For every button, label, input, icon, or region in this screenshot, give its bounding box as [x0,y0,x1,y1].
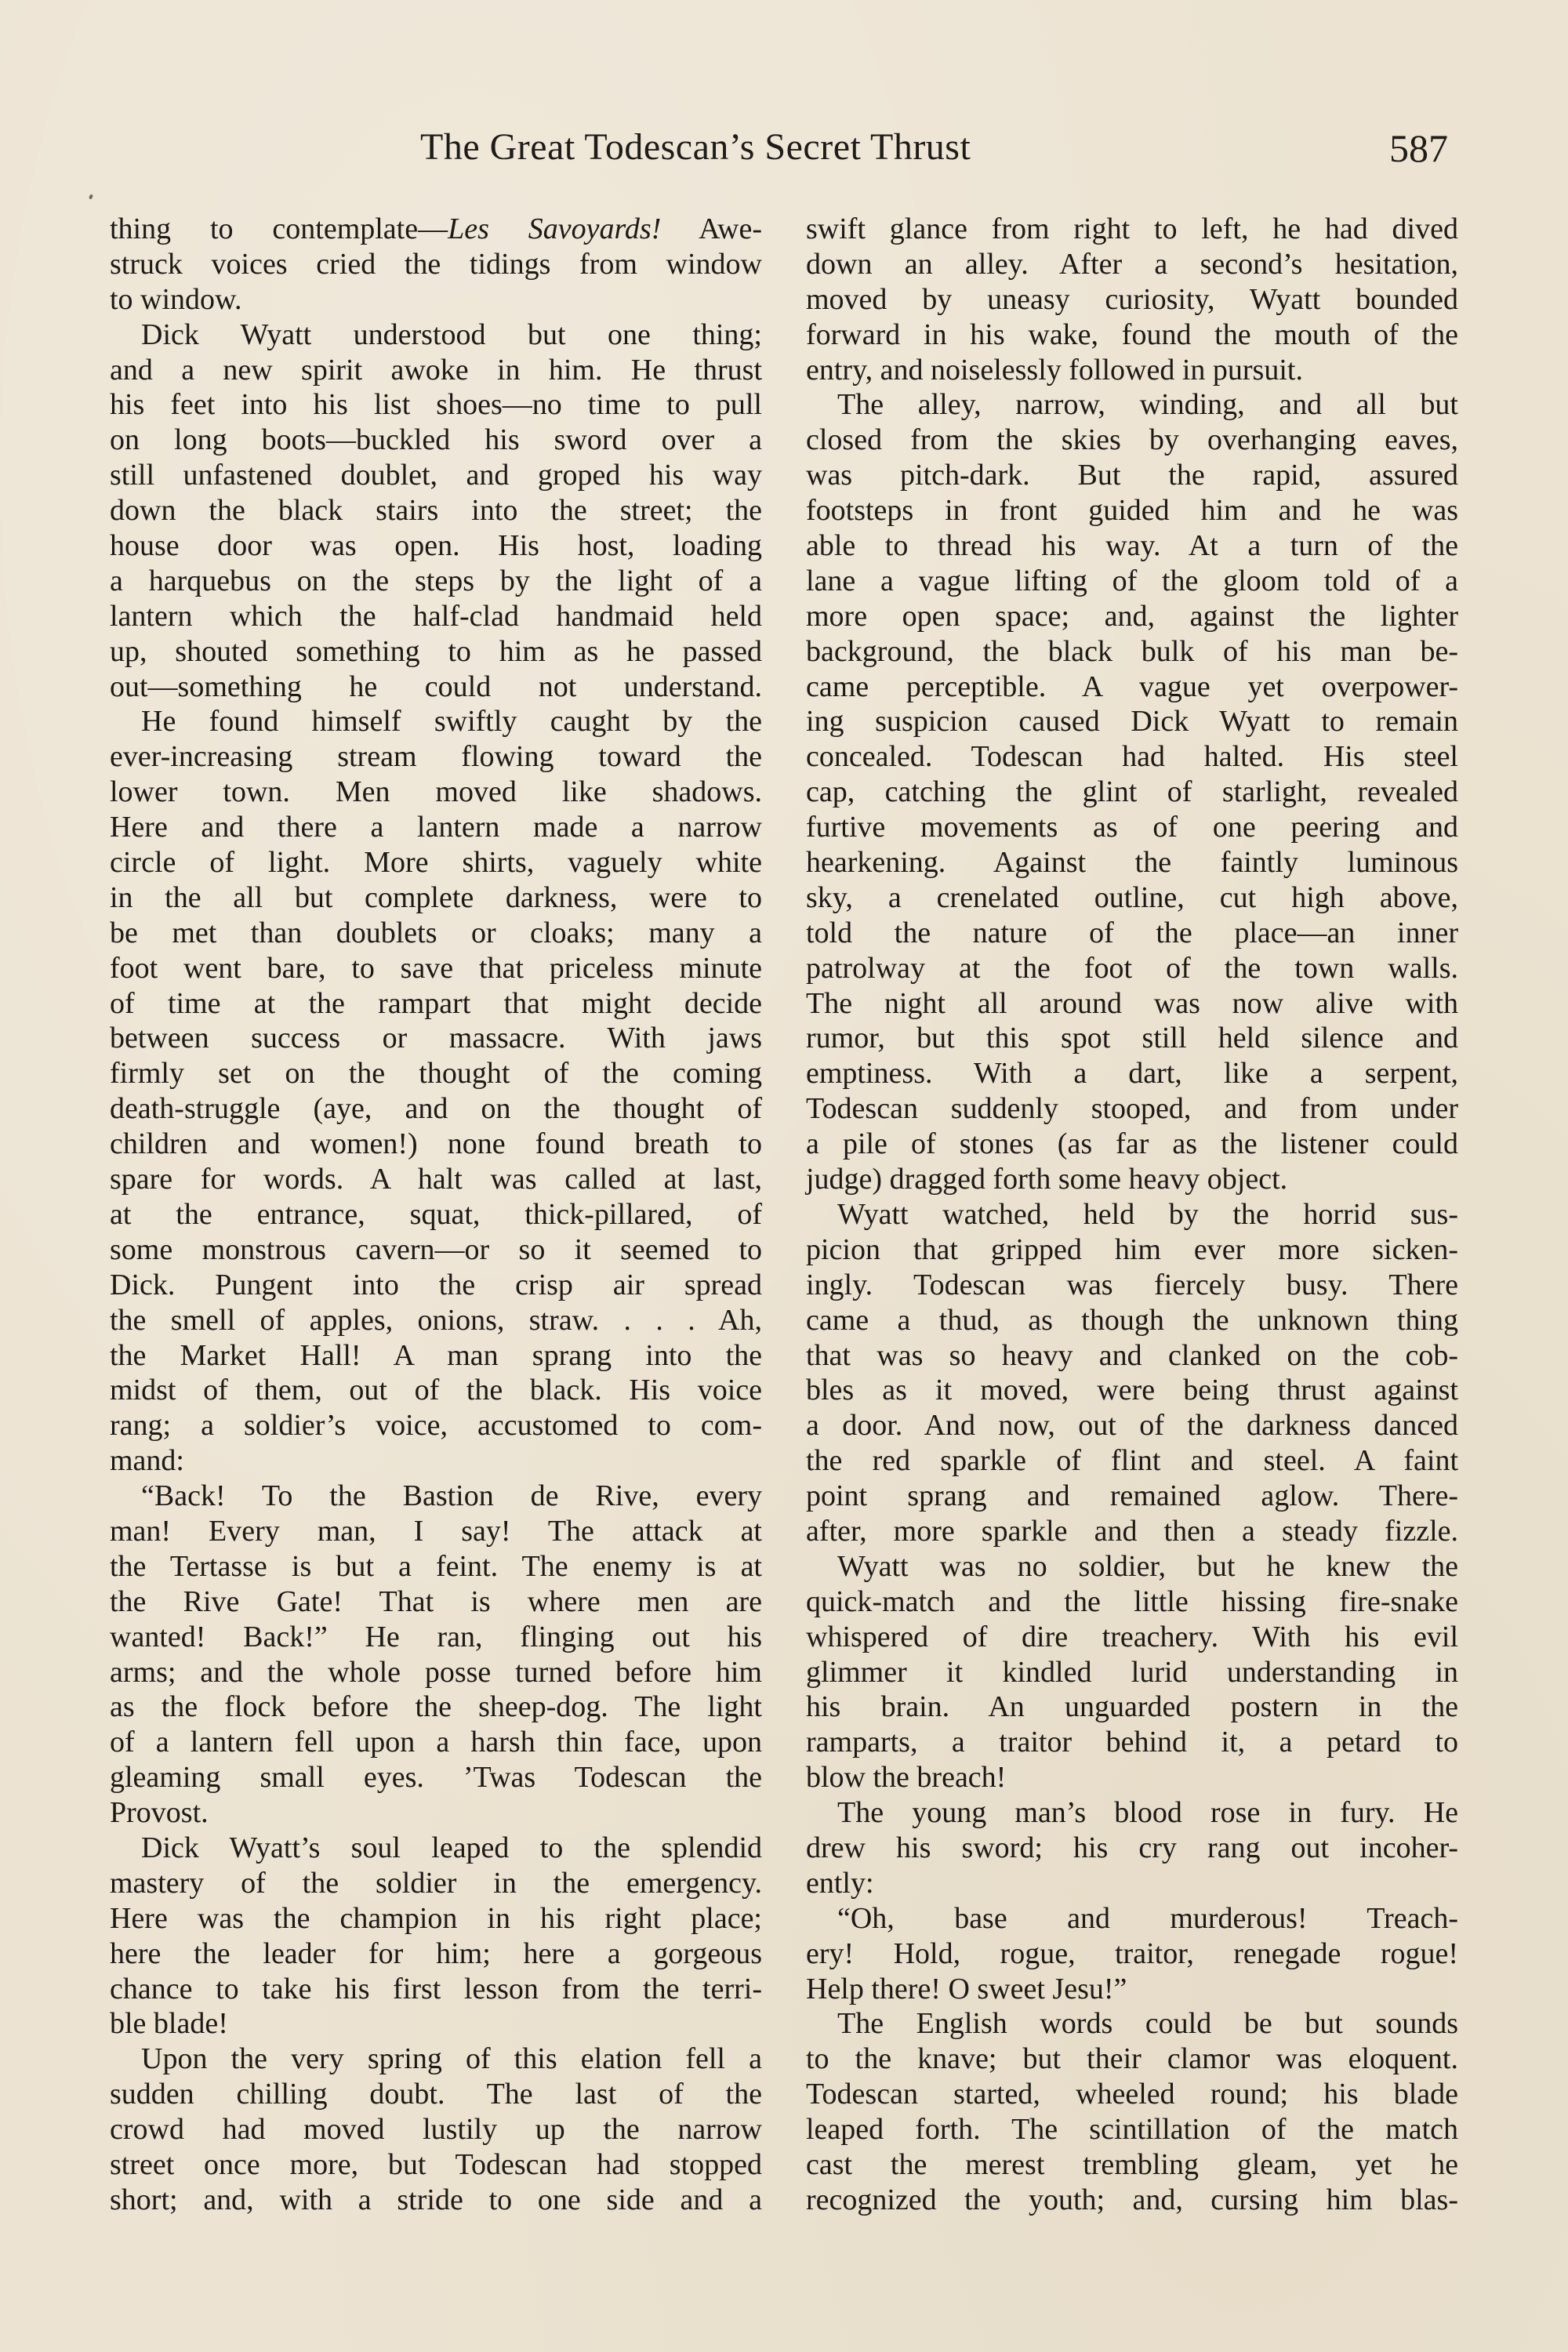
text-line: spare for words. A halt was called at la… [110,1162,762,1197]
text-line: street once more, but Todescan had stopp… [110,2147,762,2183]
text-line: as the flock before the sheep-dog. The l… [110,1690,762,1725]
text-line: wanted! Back!” He ran, flinging out his [110,1620,762,1655]
text-line: sky, a crenelated outline, cut high abov… [806,880,1458,916]
text-line: cap, catching the glint of starlight, re… [806,775,1458,810]
text-line: his brain. An unguarded postern in the [806,1690,1458,1725]
text-line: a door. And now, out of the darkness dan… [806,1408,1458,1443]
text-line: the smell of apples, onions, straw. . . … [110,1303,762,1338]
text-line: concealed. Todescan had halted. His stee… [806,739,1458,775]
text-line: glimmer it kindled lurid understanding i… [806,1655,1458,1690]
text-line: of a lantern fell upon a harsh thin face… [110,1725,762,1760]
text-line: was pitch-dark. But the rapid, assured [806,458,1458,493]
text-line: came perceptible. A vague yet overpower- [806,670,1458,705]
text-line: picion that gripped him ever more sicken… [806,1232,1458,1268]
text-line: out—something he could not understand. [110,670,762,705]
text-line: here the leader for him; here a gorgeous [110,1936,762,1972]
text-line: lane a vague lifting of the gloom told o… [806,564,1458,599]
text-line: the Tertasse is but a feint. The enemy i… [110,1549,762,1584]
text-line: ently: [806,1866,1458,1901]
text-line: Wyatt watched, held by the horrid sus- [806,1197,1458,1232]
text-line: that was so heavy and clanked on the cob… [806,1338,1458,1374]
text-line: and a new spirit awoke in him. He thrust [110,353,762,388]
text-line: Todescan suddenly stooped, and from unde… [806,1091,1458,1127]
running-title: The Great Todescan’s Secret Thrust [420,125,971,169]
ink-speck [89,194,93,199]
text-line: short; and, with a stride to one side an… [110,2183,762,2218]
text-segment: thing to contemplate— [110,212,448,245]
text-line: blow the breach! [806,1760,1458,1795]
text-line: in the all but complete darkness, were t… [110,880,762,916]
text-line: on long boots—buckled his sword over a [110,423,762,458]
text-line: The young man’s blood rose in fury. He [806,1795,1458,1831]
text-line: “Oh, base and murderous! Treach- [806,1901,1458,1936]
text-line: to the knave; but their clamor was eloqu… [806,2042,1458,2077]
text-line: Wyatt was no soldier, but he knew the [806,1549,1458,1584]
text-line: between success or massacre. With jaws [110,1021,762,1056]
text-line: house door was open. His host, loading [110,528,762,564]
text-line: thing to contemplate—Les Savoyards! Awe- [110,212,762,247]
text-line: The night all around was now alive with [806,986,1458,1022]
text-line: recognized the youth; and, cursing him b… [806,2183,1458,2218]
text-line: forward in his wake, found the mouth of … [806,318,1458,353]
text-line: Dick Wyatt understood but one thing; [110,318,762,353]
text-line: mand: [110,1443,762,1479]
text-line: leaped forth. The scintillation of the m… [806,2112,1458,2147]
book-page: The Great Todescan’s Secret Thrust 587 t… [0,0,1568,2352]
text-line: to window. [110,282,762,318]
text-line: after, more sparkle and then a steady fi… [806,1514,1458,1549]
text-line: point sprang and remained aglow. There- [806,1479,1458,1514]
text-line: still unfastened doublet, and groped his… [110,458,762,493]
text-line: some monstrous cavern—or so it seemed to [110,1232,762,1268]
text-line: Here and there a lantern made a narrow [110,810,762,845]
text-line: foot went bare, to save that priceless m… [110,951,762,986]
text-line: more open space; and, against the lighte… [806,599,1458,634]
text-line: death-struggle (aye, and on the thought … [110,1091,762,1127]
text-line: came a thud, as though the unknown thing [806,1303,1458,1338]
text-line: arms; and the whole posse turned before … [110,1655,762,1690]
text-line: up, shouted something to him as he passe… [110,634,762,670]
text-line: gleaming small eyes. ’Twas Todescan the [110,1760,762,1795]
text-line: told the nature of the place—an inner [806,916,1458,951]
text-line: drew his sword; his cry rang out incoher… [806,1831,1458,1866]
text-line: ramparts, a traitor behind it, a petard … [806,1725,1458,1760]
text-line: Upon the very spring of this elation fel… [110,2042,762,2077]
text-line: hearkening. Against the faintly luminous [806,845,1458,880]
italic-phrase: Les Savoyards! [448,212,661,245]
text-line: down an alley. After a second’s hesitati… [806,247,1458,282]
text-line: lantern which the half-clad handmaid hel… [110,599,762,634]
text-line: judge) dragged forth some heavy object. [806,1162,1458,1197]
text-line: entry, and noiselessly followed in pursu… [806,353,1458,388]
text-line: background, the black bulk of his man be… [806,634,1458,670]
text-line: man! Every man, I say! The attack at [110,1514,762,1549]
text-line: Dick. Pungent into the crisp air spread [110,1268,762,1303]
text-line: ing suspicion caused Dick Wyatt to remai… [806,704,1458,739]
text-line: rang; a soldier’s voice, accustomed to c… [110,1408,762,1443]
text-line: lower town. Men moved like shadows. [110,775,762,810]
text-line: mastery of the soldier in the emergency. [110,1866,762,1901]
right-text-column: swift glance from right to left, he had … [806,212,1458,2218]
text-line: of time at the rampart that might decide [110,986,762,1022]
text-line: sudden chilling doubt. The last of the [110,2077,762,2112]
text-line: He found himself swiftly caught by the [110,704,762,739]
text-line: cast the merest trembling gleam, yet he [806,2147,1458,2183]
text-line: the red sparkle of flint and steel. A fa… [806,1443,1458,1479]
text-line: Provost. [110,1795,762,1831]
text-line: circle of light. More shirts, vaguely wh… [110,845,762,880]
text-line: quick-match and the little hissing fire-… [806,1584,1458,1620]
text-line: the Rive Gate! That is where men are [110,1584,762,1620]
text-line: ingly. Todescan was fiercely busy. There [806,1268,1458,1303]
text-line: down the black stairs into the street; t… [110,493,762,528]
text-line: children and women!) none found breath t… [110,1127,762,1162]
text-line: chance to take his first lesson from the… [110,1972,762,2007]
text-line: a harquebus on the steps by the light of… [110,564,762,599]
text-line: ery! Hold, rogue, traitor, renegade rogu… [806,1936,1458,1972]
text-line: Here was the champion in his right place… [110,1901,762,1936]
text-line: Help there! O sweet Jesu!” [806,1972,1458,2007]
text-line: moved by uneasy curiosity, Wyatt bounded [806,282,1458,318]
text-line: Dick Wyatt’s soul leaped to the splendid [110,1831,762,1866]
text-segment: Awe- [661,212,762,245]
text-line: furtive movements as of one peering and [806,810,1458,845]
text-line: footsteps in front guided him and he was [806,493,1458,528]
text-line: Todescan started, wheeled round; his bla… [806,2077,1458,2112]
text-line: whispered of dire treachery. With his ev… [806,1620,1458,1655]
page-number: 587 [1389,125,1448,171]
text-line: the Market Hall! A man sprang into the [110,1338,762,1374]
text-line: struck voices cried the tidings from win… [110,247,762,282]
text-line: at the entrance, squat, thick-pillared, … [110,1197,762,1232]
text-line: “Back! To the Bastion de Rive, every [110,1479,762,1514]
text-line: patrolway at the foot of the town walls. [806,951,1458,986]
text-line: closed from the skies by overhanging eav… [806,423,1458,458]
text-line: able to thread his way. At a turn of the [806,528,1458,564]
text-line: swift glance from right to left, he had … [806,212,1458,247]
text-line: ble blade! [110,2006,762,2042]
text-line: crowd had moved lustily up the narrow [110,2112,762,2147]
text-line: firmly set on the thought of the coming [110,1056,762,1091]
text-line: bles as it moved, were being thrust agai… [806,1373,1458,1408]
text-line: midst of them, out of the black. His voi… [110,1373,762,1408]
left-text-column: thing to contemplate—Les Savoyards! Awe-… [110,212,762,2218]
text-line: ever-increasing stream flowing toward th… [110,739,762,775]
text-line: The alley, narrow, winding, and all but [806,387,1458,423]
text-line: his feet into his list shoes—no time to … [110,387,762,423]
text-line: emptiness. With a dart, like a serpent, [806,1056,1458,1091]
text-line: a pile of stones (as far as the listener… [806,1127,1458,1162]
text-line: be met than doublets or cloaks; many a [110,916,762,951]
text-line: rumor, but this spot still held silence … [806,1021,1458,1056]
text-line: The English words could be but sounds [806,2006,1458,2042]
